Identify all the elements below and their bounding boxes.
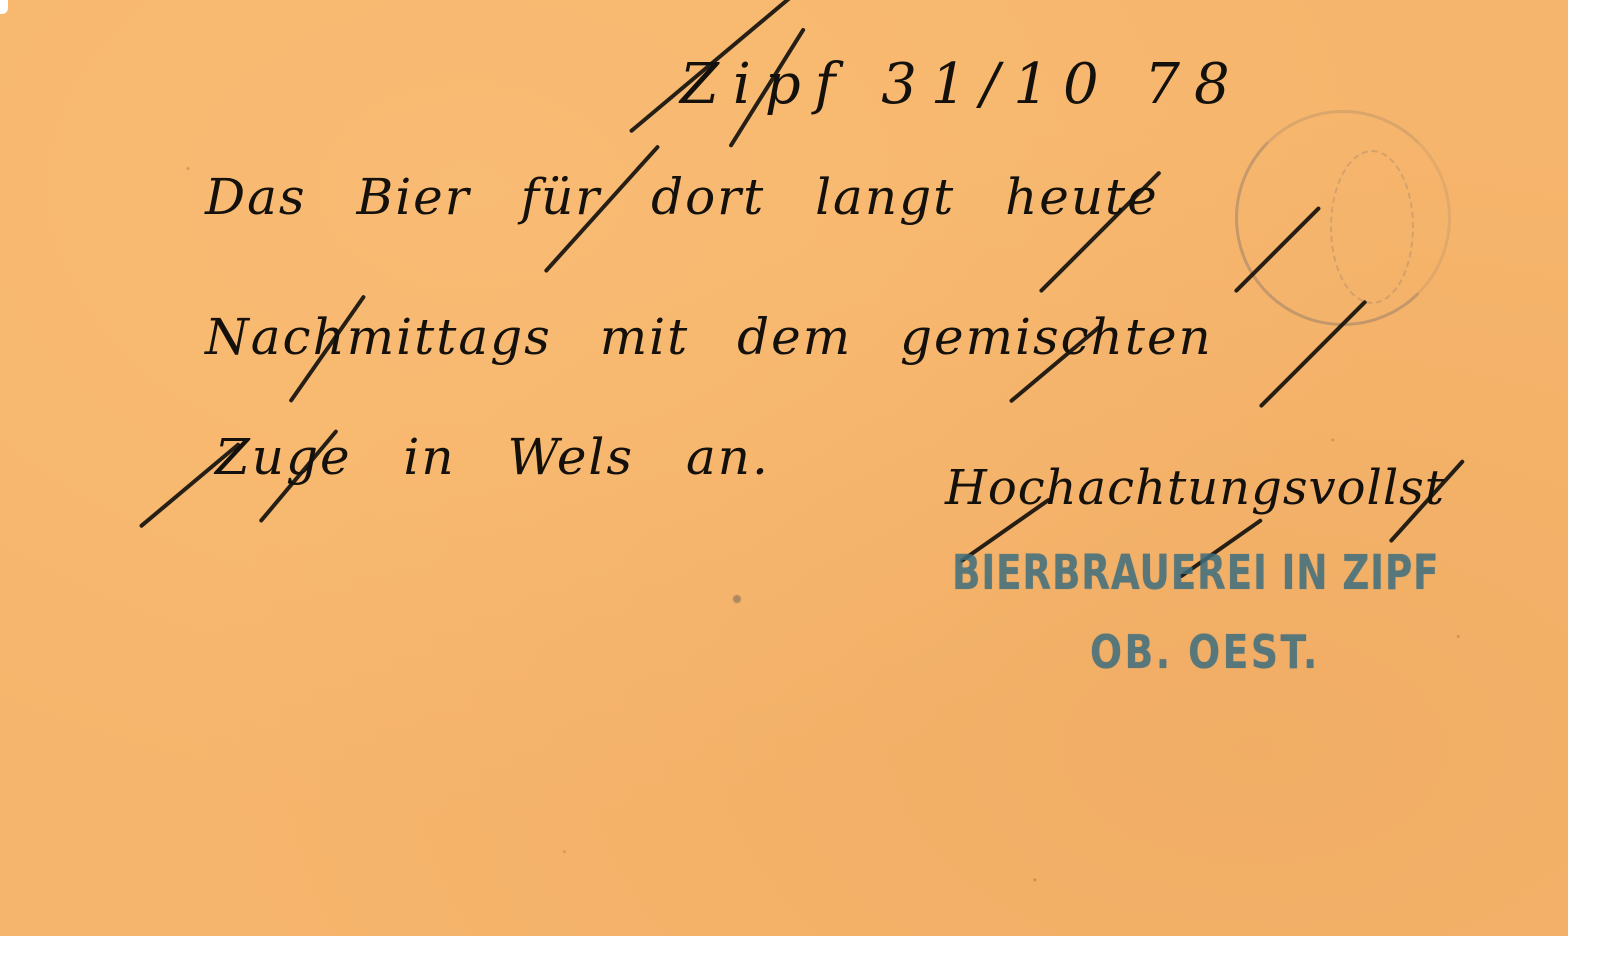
signature-closing: Hochachtungsvollst bbox=[945, 460, 1445, 516]
brewery-stamp-line-2: OB. OEST. bbox=[1090, 625, 1320, 679]
brewery-stamp-line-1: BIERBRAUEREI IN ZIPF bbox=[952, 545, 1439, 601]
place-and-date: Zipf 31/10 78 bbox=[680, 52, 1244, 117]
postcard: Zipf 31/10 78 Das Bier für dort langt he… bbox=[0, 0, 1568, 936]
message-line-1: Das Bier für dort langt heute bbox=[205, 168, 1159, 226]
postmark-inner-ring bbox=[1330, 150, 1414, 304]
torn-corner bbox=[0, 0, 8, 14]
